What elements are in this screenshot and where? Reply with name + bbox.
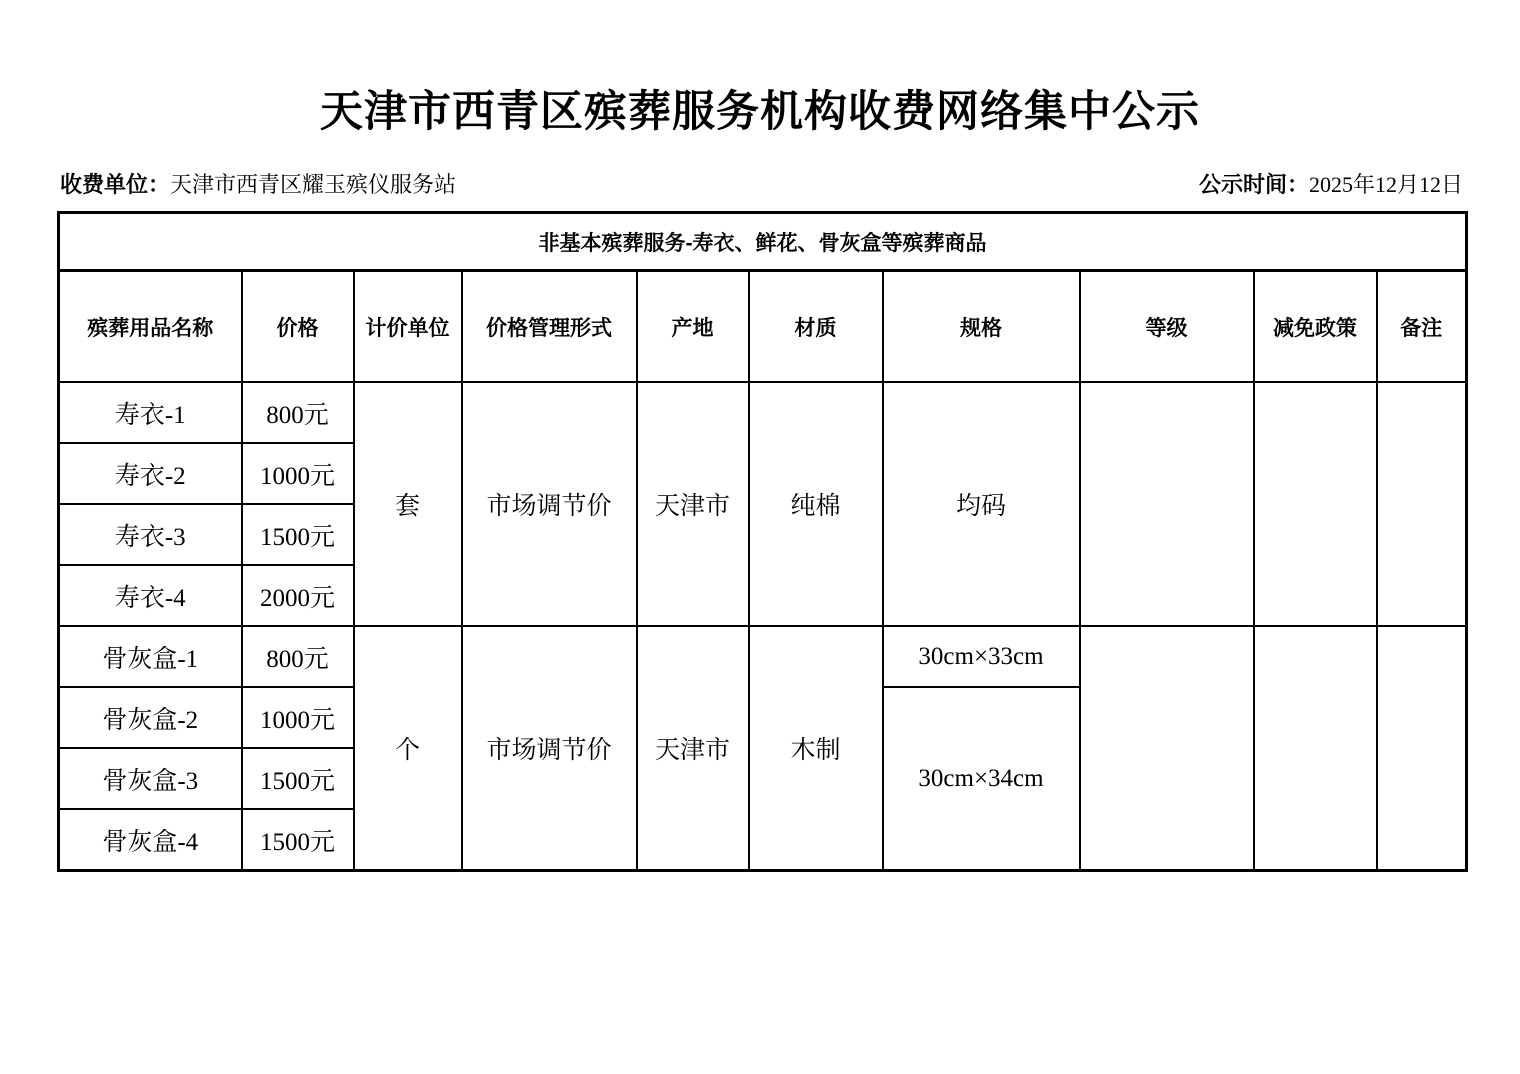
column-header-relief-policy: 减免政策 (1254, 271, 1377, 383)
table-row: 寿衣-1 800元 套 市场调节价 天津市 纯棉 均码 (59, 382, 1467, 443)
relief-policy-cell (1254, 382, 1377, 626)
spec-cell: 均码 (883, 382, 1080, 626)
item-price-cell: 800元 (242, 382, 354, 443)
item-name-cell: 骨灰盒-2 (59, 687, 242, 748)
item-price-cell: 1500元 (242, 809, 354, 871)
column-header-unit: 计价单位 (354, 271, 462, 383)
column-header-remark: 备注 (1377, 271, 1467, 383)
item-price-cell: 800元 (242, 626, 354, 687)
remark-cell (1377, 626, 1467, 871)
item-name-cell: 骨灰盒-4 (59, 809, 242, 871)
origin-cell: 天津市 (637, 626, 749, 871)
column-header-item-name: 殡葬用品名称 (59, 271, 242, 383)
item-price-cell: 1000元 (242, 687, 354, 748)
column-header-row: 殡葬用品名称 价格 计价单位 价格管理形式 产地 材质 规格 等级 减免政策 备… (59, 271, 1467, 383)
charging-unit-label: 收费单位： (60, 172, 170, 197)
material-cell: 木制 (749, 626, 883, 871)
remark-cell (1377, 382, 1467, 626)
relief-policy-cell (1254, 626, 1377, 871)
page-title: 天津市西青区殡葬服务机构收费网络集中公示 (57, 88, 1463, 137)
item-price-cell: 2000元 (242, 565, 354, 626)
fee-table: 非基本殡葬服务-寿衣、鲜花、骨灰盒等殡葬商品 殡葬用品名称 价格 计价单位 价格… (57, 211, 1468, 872)
column-header-price-management: 价格管理形式 (462, 271, 637, 383)
item-name-cell: 寿衣-1 (59, 382, 242, 443)
charging-unit-value: 天津市西青区耀玉殡仪服务站 (170, 172, 456, 197)
price-management-cell: 市场调节价 (462, 626, 637, 871)
item-name-cell: 寿衣-4 (59, 565, 242, 626)
section-title-row: 非基本殡葬服务-寿衣、鲜花、骨灰盒等殡葬商品 (59, 213, 1467, 271)
column-header-grade: 等级 (1080, 271, 1254, 383)
item-name-cell: 寿衣-3 (59, 504, 242, 565)
grade-cell (1080, 382, 1254, 626)
publicity-time-label: 公示时间： (1199, 172, 1309, 197)
column-header-price: 价格 (242, 271, 354, 383)
item-name-cell: 寿衣-2 (59, 443, 242, 504)
grade-cell (1080, 626, 1254, 871)
charging-unit: 收费单位：天津市西青区耀玉殡仪服务站 (60, 171, 456, 200)
spec-cell: 30cm×33cm (883, 626, 1080, 687)
column-header-material: 材质 (749, 271, 883, 383)
item-name-cell: 骨灰盒-1 (59, 626, 242, 687)
material-cell: 纯棉 (749, 382, 883, 626)
spec-cell: 30cm×34cm (883, 687, 1080, 871)
publicity-time: 公示时间：2025年12月12日 (1199, 171, 1463, 200)
section-title: 非基本殡葬服务-寿衣、鲜花、骨灰盒等殡葬商品 (59, 213, 1467, 271)
column-header-origin: 产地 (637, 271, 749, 383)
unit-cell: 套 (354, 382, 462, 626)
item-price-cell: 1500元 (242, 504, 354, 565)
origin-cell: 天津市 (637, 382, 749, 626)
publicity-time-value: 2025年12月12日 (1309, 172, 1463, 197)
item-price-cell: 1000元 (242, 443, 354, 504)
meta-row: 收费单位：天津市西青区耀玉殡仪服务站 公示时间：2025年12月12日 (60, 171, 1463, 200)
item-price-cell: 1500元 (242, 748, 354, 809)
item-name-cell: 骨灰盒-3 (59, 748, 242, 809)
price-management-cell: 市场调节价 (462, 382, 637, 626)
table-row: 骨灰盒-1 800元 个 市场调节价 天津市 木制 30cm×33cm (59, 626, 1467, 687)
column-header-spec: 规格 (883, 271, 1080, 383)
unit-cell: 个 (354, 626, 462, 871)
